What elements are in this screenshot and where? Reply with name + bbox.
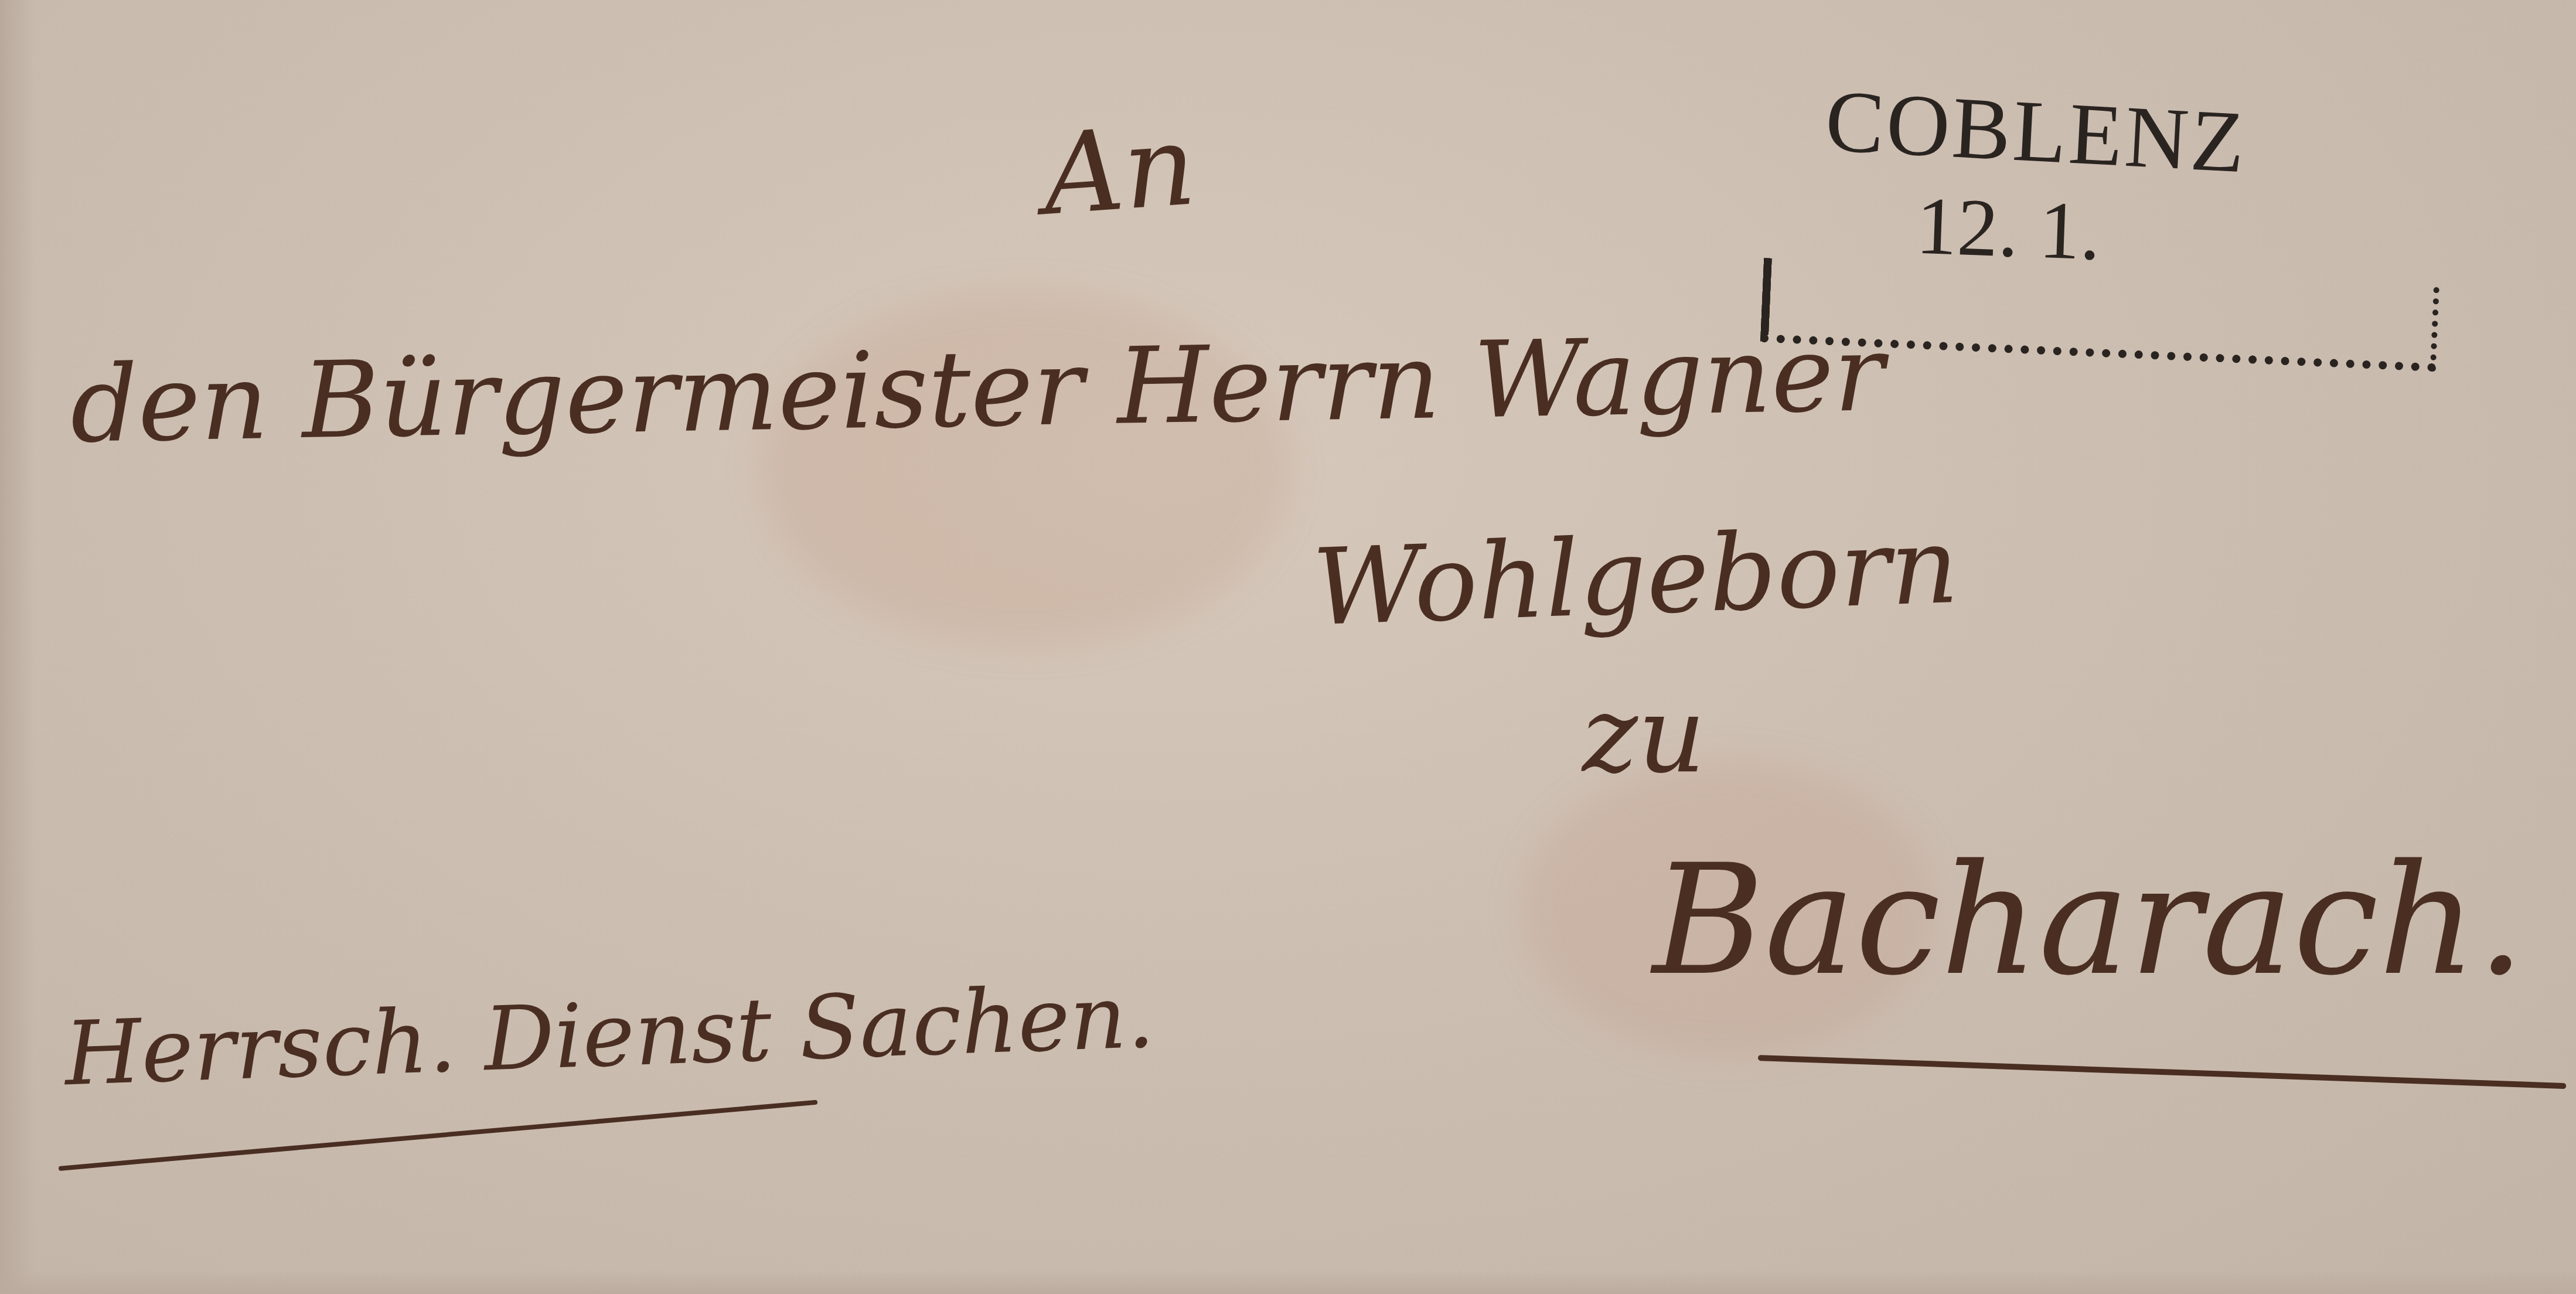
- note-underline: [59, 1100, 818, 1171]
- postmark-date: 12. 1.: [1914, 179, 2102, 280]
- paper-bottom-shadow: [0, 1271, 2576, 1294]
- address-line-recipient: den Bürgermeister Herrn Wagner: [69, 312, 1885, 466]
- address-line-title: Wohlgeborn: [1311, 505, 1961, 649]
- destination-underline: [1758, 1055, 2567, 1089]
- paper-edge-shadow: [0, 0, 35, 1294]
- letter-paper: COBLENZ 12. 1. An den Bürgermeister Herr…: [0, 0, 2576, 1294]
- service-note: Herrsch. Dienst Sachen.: [63, 966, 1156, 1106]
- address-salutation: An: [1039, 100, 1200, 240]
- address-line-zu: zu: [1582, 674, 1706, 796]
- postmark-city: COBLENZ: [1823, 70, 2250, 193]
- address-destination: Bacharach.: [1652, 832, 2525, 1009]
